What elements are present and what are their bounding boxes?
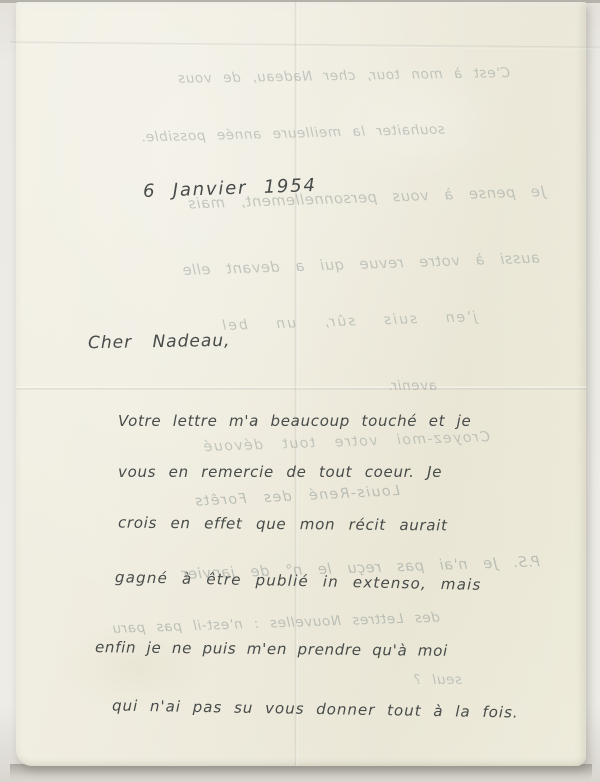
showthrough-line-8: Louis-René des Forêts [130, 483, 400, 513]
showthrough-line-2: souhaiter la meilleure année possible. [105, 122, 445, 147]
body-line-3: crois en effet que mon récit aurait [118, 514, 448, 535]
showthrough-line-11: seul ? [410, 672, 462, 688]
body-line-2: vous en remercie de tout coeur. Je [118, 463, 442, 481]
body-line-1: Votre lettre m'a beaucoup touché et je [118, 412, 471, 430]
body-line-5: enfin je ne puis m'en prendre qu'à moi [95, 638, 448, 660]
showthrough-line-7: Croyez-moi votre tout dévoué [150, 429, 490, 457]
showthrough-line-10: des Lettres Nouvelles : n'est-il pas par… [70, 610, 440, 639]
showthrough-line-6: avenir. [385, 378, 437, 394]
letter-paper: C'est à mon tour, cher Nadeau, de vous s… [16, 2, 586, 766]
salutation-line: Cher Nadeau, [88, 331, 231, 353]
body-line-6: qui n'ai pas su vous donner tout à la fo… [112, 696, 519, 721]
scan-background: C'est à mon tour, cher Nadeau, de vous s… [0, 0, 600, 782]
showthrough-line-1: C'est à mon tour, cher Nadeau, de vous [165, 65, 510, 87]
paper-bottom-shadow [10, 764, 592, 782]
fold-crease-horizontal [16, 386, 586, 390]
fold-crease-top [10, 41, 600, 49]
showthrough-line-4: aussi à votre revue qui a devant elle [110, 251, 540, 282]
